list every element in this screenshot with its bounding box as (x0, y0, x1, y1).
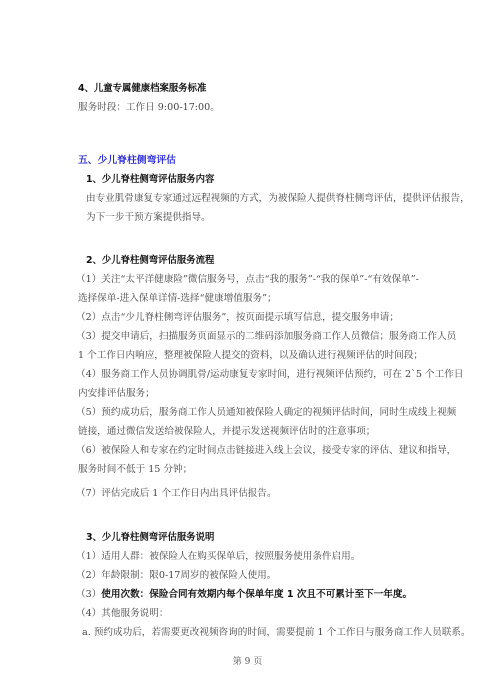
sub3-item-2: （2）年龄限制：限0-17周岁的被保险人使用。 (76, 570, 276, 582)
sub2-line-4: （3）提交申请后，扫描服务页面显示的二维码添加服务商工作人员微信；服务商工作人员 (76, 331, 456, 343)
page-number: 第 9 页 (0, 654, 495, 667)
sub2-line-6: （4）服务商工作人员协调肌骨/运动康复专家时间，进行视频评估预约，可在 2`5 … (76, 369, 463, 381)
sub2-line-11: 服务时间不低于 15 分钟； (78, 464, 192, 476)
sub2-line-7: 内安排评估服务； (78, 388, 155, 400)
sub3-heading: 3、少儿脊柱侧弯评估服务说明 (86, 532, 214, 544)
sub3-item-3-prefix: （3） (76, 589, 101, 600)
sub2-line-9: 链接，通过微信发送给被保险人，并提示发送视频评估时的注意事项； (78, 426, 375, 438)
sub3-item-3-bold: 使用次数：保险合同有效期内每个保单年度 1 次且不可累计至下一年度。 (101, 589, 412, 600)
section4-heading: 4、儿童专属健康档案服务标准 (78, 83, 206, 95)
sub3-item-3: （3）使用次数：保险合同有效期内每个保单年度 1 次且不可累计至下一年度。 (76, 589, 412, 601)
section5-title: 五、少儿脊柱侧弯评估 (78, 155, 176, 167)
sub1-heading: 1、少儿脊柱侧弯评估服务内容 (86, 174, 214, 186)
sub2-line-5: 1 个工作日内响应，整理被保险人提交的资料，以及确认进行视频评估的时间段； (78, 350, 423, 362)
sub3-item-4a: a. 预约成功后，若需要更改视频咨询的时间，需要提前 1 个工作日与服务商工作人… (82, 627, 471, 639)
sub2-line-8: （5）预约成功后，服务商工作人员通知被保险人确定的视频评估时间，同时生成线上视频 (76, 407, 456, 419)
sub2-line-3: （2）点击“少儿脊柱侧弯评估服务”，按页面提示填写信息，提交服务申请； (76, 312, 399, 324)
sub2-line-10: （6）被保险人和专家在约定时间点击链接进入线上会议，接受专家的评估、建议和指导， (76, 445, 456, 457)
sub3-item-1: （1）适用人群：被保险人在购买保单后，按照服务使用条件启用。 (76, 551, 360, 563)
sub2-heading: 2、少儿脊柱侧弯评估服务流程 (86, 255, 214, 267)
sub1-line-2: 为下一步干预方案提供指导。 (86, 212, 211, 224)
sub2-line-2: 选择保单-进入保单详情-选择“健康增值服务”； (78, 293, 277, 305)
sub3-item-4: （4）其他服务说明： (76, 608, 168, 620)
document-page: 4、儿童专属健康档案服务标准 服务时段：工作日 9:00-17:00。 五、少儿… (0, 0, 495, 700)
section4-hours: 服务时段：工作日 9:00-17:00。 (78, 102, 220, 114)
sub2-line-1: （1）关注“太平洋健康险”微信服务号，点击“我的服务”-“我的保单”-“有效保单… (76, 274, 419, 286)
sub2-line-12: （7）评估完成后 1 个工作日内出具评估报告。 (76, 488, 277, 500)
sub1-line-1: 由专业肌骨康复专家通过远程视频的方式，为被保险人提供脊柱侧弯评估，提供评估报告， (86, 193, 470, 205)
